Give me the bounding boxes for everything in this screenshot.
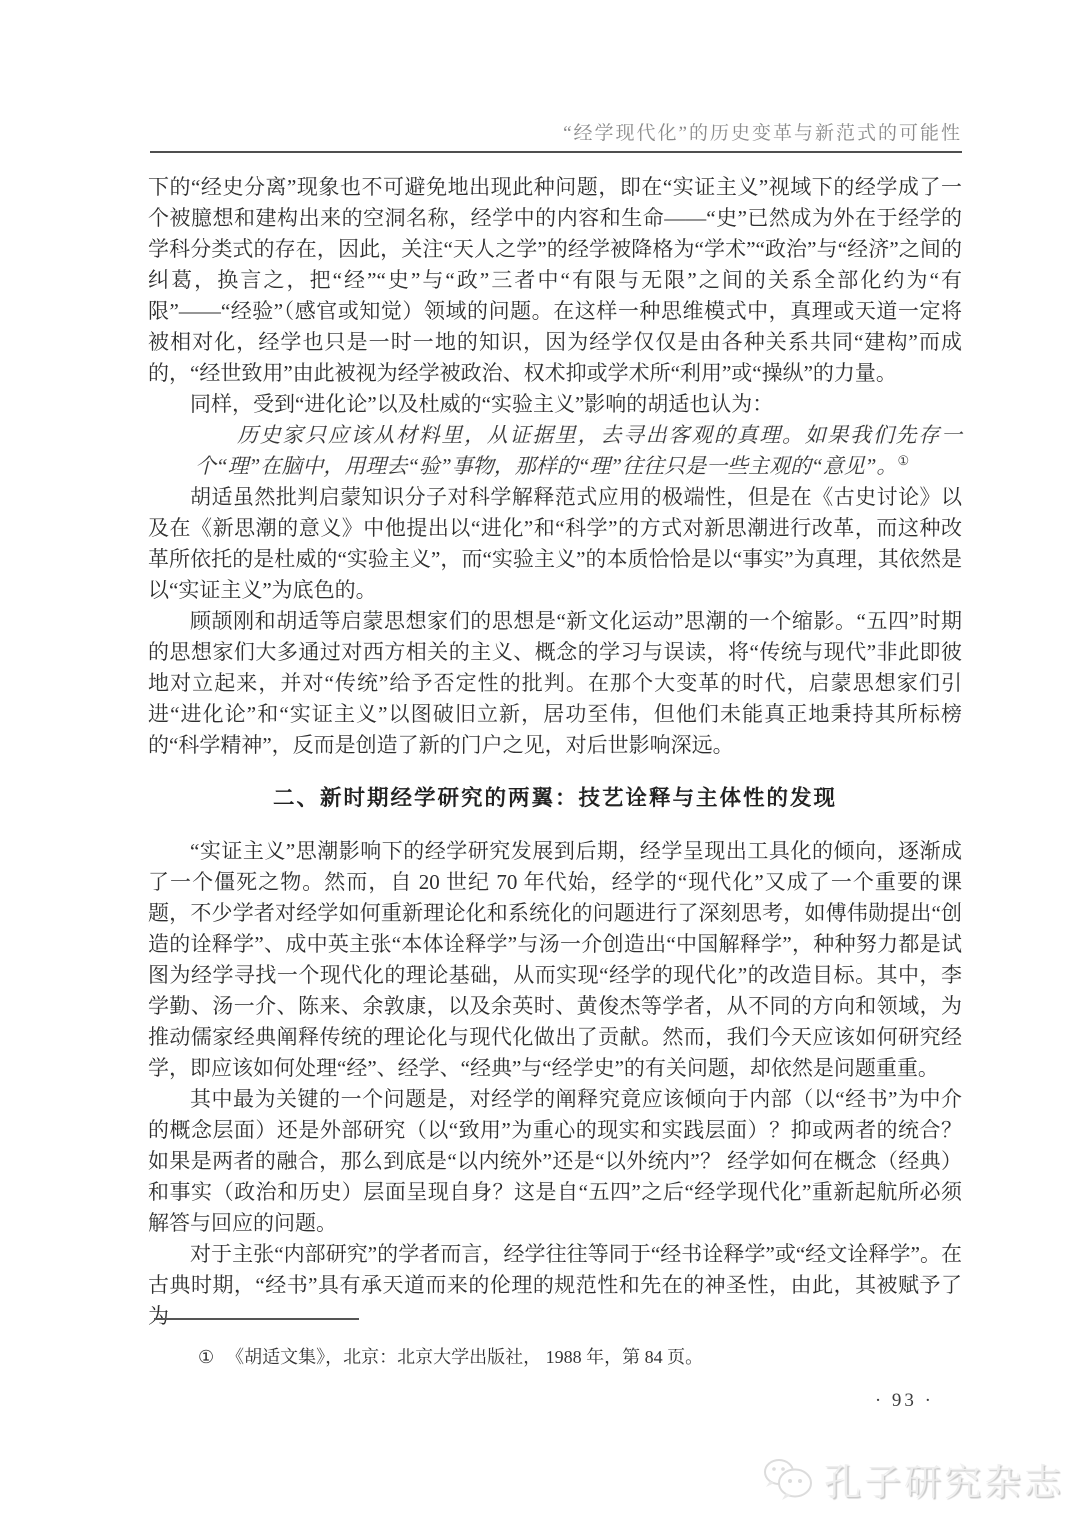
footnote-marker: ① — [198, 1347, 214, 1367]
footnote-ref-marker: ① — [897, 453, 909, 468]
header-rule — [150, 151, 962, 153]
running-title: “经学现代化”的历史变革与新范式的可能性 — [563, 118, 962, 145]
footnote: ①《胡适文集》，北京：北京大学出版社， 1988 年，第 84 页。 — [148, 1344, 962, 1370]
paragraph: “实证主义”思潮影响下的经学研究发展到后期，经学呈现出工具化的倾向，逐渐成了一个… — [148, 836, 962, 1084]
footnote-block: ①《胡适文集》，北京：北京大学出版社， 1988 年，第 84 页。 — [148, 1318, 962, 1370]
wechat-icon — [762, 1456, 816, 1502]
paragraph: 顾颉刚和胡适等启蒙思想家们的思想是“新文化运动”思潮的一个缩影。“五四”时期的思… — [148, 606, 962, 761]
paragraph: 同样，受到“进化论”以及杜威的“实验主义”影响的胡适也认为： — [148, 389, 962, 420]
footnote-text: 《胡适文集》，北京：北京大学出版社， 1988 年，第 84 页。 — [226, 1347, 703, 1367]
page-number: · 93 · — [875, 1390, 934, 1412]
section-heading: 二、新时期经学研究的两翼：技艺诠释与主体性的发现 — [148, 783, 962, 814]
paragraph-continued: 下的“经史分离”现象也不可避免地出现此种问题，即在“实证主义”视域下的经学成了一… — [148, 172, 962, 389]
article-body: 下的“经史分离”现象也不可避免地出现此种问题，即在“实证主义”视域下的经学成了一… — [148, 172, 962, 1332]
watermark-label: 孔子研究杂志 — [824, 1452, 1064, 1506]
journal-watermark: 孔子研究杂志 — [762, 1452, 1064, 1506]
paragraph: 其中最为关键的一个问题是，对经学的阐释究竟应该倾向于内部（以“经书”为中介的概念… — [148, 1084, 962, 1239]
footnote-separator — [154, 1318, 359, 1320]
paragraph: 胡适虽然批判启蒙知识分子对科学解释范式应用的极端性，但是在《古史讨论》以及在《新… — [148, 482, 962, 606]
block-quote: 历史家只应该从材料里，从证据里，去寻出客观的真理。如果我们先存一个“理”在脑中，… — [195, 420, 962, 482]
quote-text: 历史家只应该从材料里，从证据里，去寻出客观的真理。如果我们先存一个“理”在脑中，… — [195, 423, 962, 478]
